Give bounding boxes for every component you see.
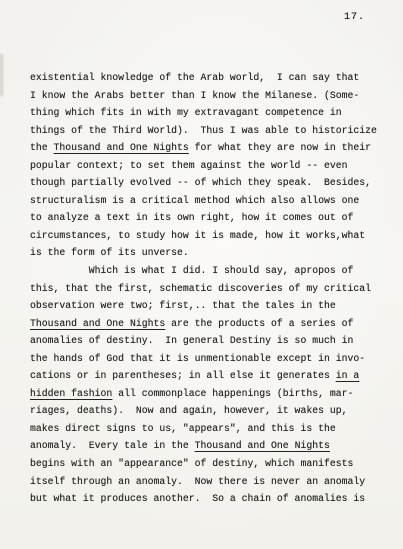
text-line: the Thousand and One Nights for what the…: [30, 139, 377, 157]
scan-artifact: [0, 54, 3, 96]
scanned-document-page: { "document": { "page_number": "17.", "l…: [0, 0, 403, 549]
paper-page: 17. existential knowledge of the Arab wo…: [0, 0, 403, 549]
text-segment: all commonplace happenings (births, mar-: [112, 388, 353, 399]
text-line: makes direct signs to us, "appears", and…: [30, 420, 377, 438]
text-segment: are the products of a series of: [165, 318, 353, 329]
text-segment: circumstances, to study how it is made, …: [30, 230, 365, 241]
text-segment: cations or in parentheses; in all else i…: [30, 370, 336, 381]
text-line: existential knowledge of the Arab world,…: [30, 69, 377, 87]
text-line: I know the Arabs better than I know the …: [30, 87, 377, 105]
text-line: though partially evolved -- of which the…: [30, 174, 377, 192]
text-segment: thing which fits in with my extravagant …: [30, 107, 342, 118]
text-line: to analyze a text in its own right, how …: [30, 209, 377, 227]
text-line: Which is what I did. I should say, aprop…: [30, 262, 377, 280]
page-number: 17.: [344, 12, 365, 23]
text-segment: this, that the first, schematic discover…: [30, 283, 371, 294]
text-segment: riages, deaths). Now and again, however,…: [30, 405, 347, 416]
text-segment: for what they are now in their: [189, 142, 371, 153]
underlined-text: in a: [336, 370, 360, 381]
text-line: this, that the first, schematic discover…: [30, 280, 377, 298]
text-line: popular context; to set them against the…: [30, 157, 377, 175]
text-segment: begins with an "appearance" of destiny, …: [30, 458, 353, 469]
text-segment: makes direct signs to us, "appears", and…: [30, 423, 336, 434]
text-segment: observation were two; first,.. that the …: [30, 300, 336, 311]
text-segment: though partially evolved -- of which the…: [30, 177, 371, 188]
underlined-text: hidden fashion: [30, 388, 112, 399]
underlined-text: Thousand and One Nights: [54, 142, 189, 153]
text-line: thing which fits in with my extravagant …: [30, 104, 377, 122]
text-line: begins with an "appearance" of destiny, …: [30, 455, 377, 473]
text-line: anomaly. Every tale in the Thousand and …: [30, 437, 377, 455]
text-segment: popular context; to set them against the…: [30, 160, 347, 171]
underlined-text: Thousand and One Nights: [195, 440, 330, 451]
text-segment: existential knowledge of the Arab world,…: [30, 72, 359, 83]
text-line: structuralism is a critical method which…: [30, 192, 377, 210]
text-segment: the hands of God that it is unmentionabl…: [30, 353, 365, 364]
text-segment: is the form of its unverse.: [30, 247, 189, 258]
underlined-text: Thousand and One Nights: [30, 318, 165, 329]
text-line: anomalies of destiny. In general Destiny…: [30, 332, 377, 350]
text-line: the hands of God that it is unmentionabl…: [30, 350, 377, 368]
text-segment: itself through an anomaly. Now there is …: [30, 476, 365, 487]
text-line: Thousand and One Nights are the products…: [30, 315, 377, 333]
typewritten-text-block: existential knowledge of the Arab world,…: [30, 69, 377, 508]
text-segment: but what it produces another. So a chain…: [30, 493, 365, 504]
text-segment: Which is what I did. I should say, aprop…: [30, 265, 353, 276]
text-line: is the form of its unverse.: [30, 244, 377, 262]
text-line: but what it produces another. So a chain…: [30, 490, 377, 508]
text-line: riages, deaths). Now and again, however,…: [30, 402, 377, 420]
text-segment: anomalies of destiny. In general Destiny…: [30, 335, 353, 346]
text-line: things of the Third World). Thus I was a…: [30, 122, 377, 140]
text-segment: things of the Third World). Thus I was a…: [30, 125, 377, 136]
text-line: itself through an anomaly. Now there is …: [30, 473, 377, 491]
text-line: cations or in parentheses; in all else i…: [30, 367, 377, 385]
text-line: observation were two; first,.. that the …: [30, 297, 377, 315]
text-segment: anomaly. Every tale in the: [30, 440, 195, 451]
text-segment: I know the Arabs better than I know the …: [30, 90, 359, 101]
text-line: hidden fashion all commonplace happening…: [30, 385, 377, 403]
text-segment: structuralism is a critical method which…: [30, 195, 359, 206]
text-segment: to analyze a text in its own right, how …: [30, 212, 353, 223]
text-segment: the: [30, 142, 54, 153]
text-line: circumstances, to study how it is made, …: [30, 227, 377, 245]
